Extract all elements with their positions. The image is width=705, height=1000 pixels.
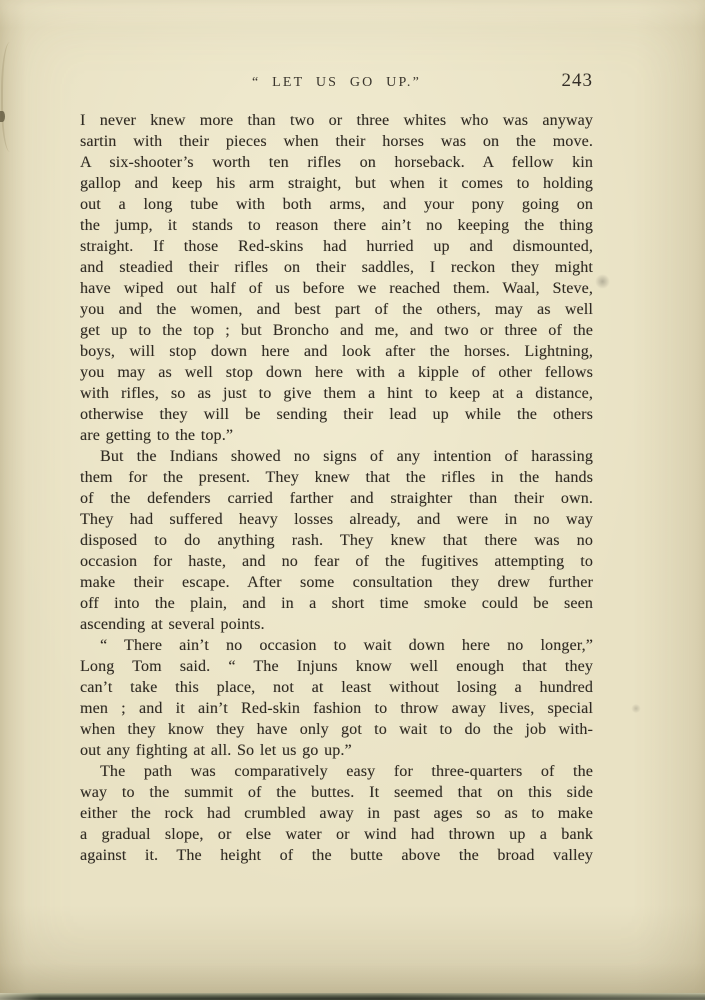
text-line: They had suffered heavy losses already, … (80, 509, 593, 530)
text-line: can’t take this place, not at least with… (80, 677, 593, 698)
text-line: are getting to the top.” (80, 425, 593, 446)
scan-smudge-small (631, 704, 641, 713)
text-line: gallop and keep his arm straight, but wh… (80, 173, 593, 194)
text-line: get up to the top ; but Broncho and me, … (80, 320, 593, 341)
text-line: “ There ain’t no occasion to wait down h… (80, 635, 593, 656)
text-line: have wiped out half of us before we reac… (80, 278, 593, 299)
page-number: 243 (562, 70, 594, 92)
scan-smudge-right-margin (595, 274, 610, 289)
page-text-block: I never knew more than two or three whit… (80, 110, 593, 866)
scan-bottom-edge (0, 993, 705, 1000)
text-line: The path was comparatively easy for thre… (80, 761, 593, 782)
running-head: “ LET US GO UP.” 243 (80, 73, 593, 91)
text-line: occasion for haste, and no fear of the f… (80, 551, 593, 572)
book-page-scan: “ LET US GO UP.” 243 I never knew more t… (0, 0, 705, 1000)
text-line: I never knew more than two or three whit… (80, 110, 593, 131)
text-line: a gradual slope, or else water or wind h… (80, 824, 593, 845)
text-line: with rifles, so as just to give them a h… (80, 383, 593, 404)
text-line: and steadied their rifles on their saddl… (80, 257, 593, 278)
text-line: A six-shooter’s worth ten rifles on hors… (80, 152, 593, 173)
text-line: Long Tom said. “ The Injuns know well en… (80, 656, 593, 677)
text-line: of the defenders carried farther and str… (80, 488, 593, 509)
text-line: sartin with their pieces when their hors… (80, 131, 593, 152)
text-line: straight. If those Red-skins had hurried… (80, 236, 593, 257)
text-line: make their escape. After some consultati… (80, 572, 593, 593)
text-line: either the rock had crumbled away in pas… (80, 803, 593, 824)
text-line: men ; and it ain’t Red-skin fashion to t… (80, 698, 593, 719)
page-bottom-shadow (0, 963, 705, 993)
text-line: disposed to do anything rash. They knew … (80, 530, 593, 551)
text-line: out any fighting at all. So let us go up… (80, 740, 593, 761)
chapter-running-title: “ LET US GO UP.” (252, 75, 421, 90)
text-line: otherwise they will be sending their lea… (80, 404, 593, 425)
text-line: boys, will stop down here and look after… (80, 341, 593, 362)
text-line: you and the women, and best part of the … (80, 299, 593, 320)
text-line: But the Indians showed no signs of any i… (80, 446, 593, 467)
text-line: when they know they have only got to wai… (80, 719, 593, 740)
page-corner-curve (1, 42, 19, 152)
text-line: out a long tube with both arms, and your… (80, 194, 593, 215)
scan-speck-left-edge (0, 111, 5, 122)
text-line: them for the present. They knew that the… (80, 467, 593, 488)
text-line: way to the summit of the buttes. It seem… (80, 782, 593, 803)
text-line: against it. The height of the butte abov… (80, 845, 593, 866)
text-line: off into the plain, and in a short time … (80, 593, 593, 614)
text-line: ascending at several points. (80, 614, 593, 635)
text-line: you may as well stop down here with a ki… (80, 362, 593, 383)
text-line: the jump, it stands to reason there ain’… (80, 215, 593, 236)
